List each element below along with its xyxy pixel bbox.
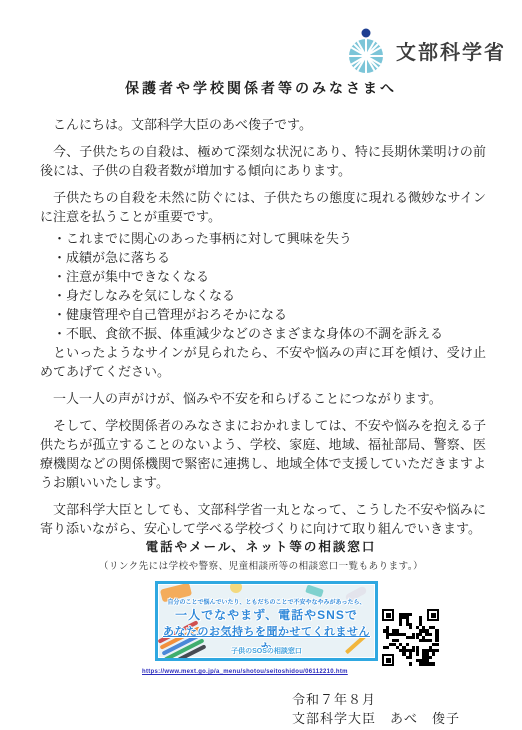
stationery-decoration bbox=[305, 585, 324, 598]
signature-name: 文部科学大臣 あべ 俊子 bbox=[292, 709, 460, 728]
mext-logo: 文部科学省 bbox=[345, 26, 506, 74]
mext-sun-icon bbox=[345, 26, 387, 74]
letter-body: こんにちは。文部科学大臣のあべ俊子です。 今、子供たちの自殺は、極めて深刻な状況… bbox=[40, 112, 486, 538]
consultation-heading: 電話やメール、ネット等の相談窓口 bbox=[0, 539, 522, 556]
warning-signs-list: これまでに関心のあった事柄に対して興味を失う 成績が急に落ちる 注意が集中できな… bbox=[40, 229, 486, 343]
warning-sign-item: 健康管理や自己管理がおろそかになる bbox=[40, 305, 486, 324]
warning-sign-item: 成績が急に落ちる bbox=[40, 248, 486, 267]
letter-title: 保護者や学校関係者等のみなさまへ bbox=[0, 78, 522, 98]
paragraph-signs-intro: 子供たちの自殺を未然に防ぐには、子供たちの態度に現れる微妙なサインに注意を払うこ… bbox=[40, 188, 486, 226]
warning-sign-item: 身だしなみを気にしなくなる bbox=[40, 286, 486, 305]
paragraph-encouragement: 一人一人の声がけが、悩みや不安を和らげることにつながります。 bbox=[40, 389, 486, 408]
stationery-decoration bbox=[230, 581, 242, 593]
paragraph-greeting: こんにちは。文部科学大臣のあべ俊子です。 bbox=[40, 115, 486, 134]
qr-finder-pattern bbox=[427, 609, 439, 621]
consultation-note: （リンク先には学校や警察、児童相談所等の相談窓口一覧もあります。） bbox=[0, 558, 522, 572]
sos-banner: 自分のことで悩んでいたり、ともだちのことで不安やなやみがあったら、 一人でなやま… bbox=[155, 581, 378, 661]
warning-sign-item: 不眠、食欲不振、体重減少などのさまざまな身体の不調を訴える bbox=[40, 324, 486, 343]
qr-finder-pattern bbox=[382, 654, 394, 666]
qr-finder-pattern bbox=[382, 609, 394, 621]
consultation-link[interactable]: https://www.mext.go.jp/a_menu/shotou/sei… bbox=[142, 669, 348, 675]
warning-sign-item: これまでに関心のあった事柄に対して興味を失う bbox=[40, 229, 486, 248]
warning-sign-item: 注意が集中できなくなる bbox=[40, 267, 486, 286]
banner-main-line1: 一人でなやまず、電話やSNSで bbox=[158, 606, 375, 623]
paragraph-minister-commitment: 文部科学大臣としても、文部科学省一丸となって、こうした不安や悩みに寄り添いながら… bbox=[40, 500, 486, 538]
qr-code bbox=[380, 607, 441, 668]
paragraph-school-request: そして、学校関係者のみなさまにおかれましては、不安や悩みを抱える子供たちが孤立す… bbox=[40, 416, 486, 492]
consultation-section: 電話やメール、ネット等の相談窓口 （リンク先には学校や警察、児童相談所等の相談窓… bbox=[0, 539, 522, 572]
banner-tagline: 自分のことで悩んでいたり、ともだちのことで不安やなやみがあったら、 bbox=[158, 597, 375, 606]
paragraph-signs-outro: といったようなサインが見られたら、不安や悩みの声に耳を傾け、受け止めてあげてくだ… bbox=[40, 343, 486, 381]
mext-logo-text: 文部科学省 bbox=[396, 36, 506, 65]
banner-caption: 子供のSOSの相談窓口 bbox=[158, 646, 375, 656]
letter-page: 文部科学省 保護者や学校関係者等のみなさまへ こんにちは。文部科学大臣のあべ俊子… bbox=[0, 0, 522, 730]
signature-block: 令和７年８月 文部科学大臣 あべ 俊子 bbox=[292, 690, 460, 728]
signature-date: 令和７年８月 bbox=[292, 690, 460, 709]
paragraph-current-situation: 今、子供たちの自殺は、極めて深刻な状況にあり、特に長期休業明けの前後には、子供の… bbox=[40, 142, 486, 180]
